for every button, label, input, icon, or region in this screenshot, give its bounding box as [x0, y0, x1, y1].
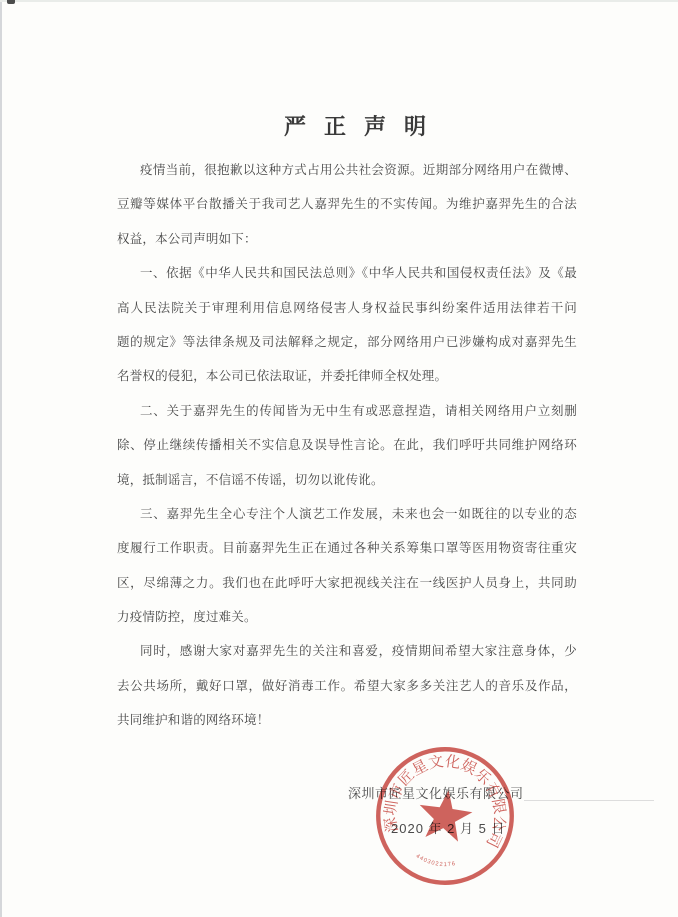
text-line: 题的规定》等法律条规及司法解释之规定，部分网络用户已涉嫌构成对嘉羿先生	[117, 325, 577, 359]
document-title: 严正声明	[125, 110, 585, 141]
document-body: 疫情当前，很抱歉以这种方式占用公共社会资源。近期部分网络用户在微博、 豆瓣等媒体…	[117, 153, 577, 738]
seal-serial-number: 4403022176	[414, 853, 458, 870]
text-line: 力疫情防控，度过难关。	[117, 600, 577, 634]
seal-star-icon	[415, 786, 475, 843]
company-seal: 深圳市匠星文化娱乐有限公司 4403022176	[363, 734, 528, 899]
paragraph: 同时，感谢大家对嘉羿先生的关注和喜爱，疫情期间希望大家注意身体，少 去公共场所，…	[117, 634, 577, 737]
text-line: 去公共场所，戴好口罩，做好消毒工作。希望大家多多关注艺人的音乐及作品，	[117, 669, 577, 703]
text-line: 二、关于嘉羿先生的传闻皆为无中生有或恶意捏造，请相关网络用户立刻删	[117, 394, 577, 428]
text-line: 疫情当前，很抱歉以这种方式占用公共社会资源。近期部分网络用户在微博、	[117, 153, 577, 187]
text-line: 同时，感谢大家对嘉羿先生的关注和喜爱，疫情期间希望大家注意身体，少	[117, 634, 577, 668]
text-line: 共同维护和谐的网络环境！	[117, 703, 577, 737]
signature-baseline-artifact	[524, 800, 654, 801]
scan-edge-top	[0, 0, 678, 2]
paragraph: 二、关于嘉羿先生的传闻皆为无中生有或恶意捏造，请相关网络用户立刻删 除、停止继续…	[117, 394, 577, 497]
text-line: 名誉权的侵犯，本公司已依法取证，并委托律师全权处理。	[117, 359, 577, 393]
text-line: 度履行工作职责。目前嘉羿先生正在通过各种关系筹集口罩等医用物资寄往重灾	[117, 531, 577, 565]
scan-edge-left	[0, 0, 2, 917]
paragraph: 一、依据《中华人民共和国民法总则》《中华人民共和国侵权责任法》及《最 高人民法院…	[117, 256, 577, 394]
text-line: 除、停止继续传播相关不实信息及误导性言论。在此，我们呼吁共同维护网络环	[117, 428, 577, 462]
paragraph: 疫情当前，很抱歉以这种方式占用公共社会资源。近期部分网络用户在微博、 豆瓣等媒体…	[117, 153, 577, 256]
text-line: 区，尽绵薄之力。我们也在此呼吁大家把视线关注在一线医护人员身上，共同助	[117, 566, 577, 600]
scan-artifact-speck	[7, 0, 15, 4]
text-line: 高人民法院关于审理利用信息网络侵害人身权益民事纠纷案件适用法律若干问	[117, 291, 577, 325]
paragraph: 三、嘉羿先生全心专注个人演艺工作发展，未来也会一如既往的以专业的态 度履行工作职…	[117, 497, 577, 635]
text-line: 豆瓣等媒体平台散播关于我司艺人嘉羿先生的不实传闻。为维护嘉羿先生的合法	[117, 187, 577, 221]
scanned-statement-page: 严正声明 疫情当前，很抱歉以这种方式占用公共社会资源。近期部分网络用户在微博、 …	[0, 0, 678, 917]
text-line: 一、依据《中华人民共和国民法总则》《中华人民共和国侵权责任法》及《最	[117, 256, 577, 290]
text-line: 权益，本公司声明如下：	[117, 222, 577, 256]
text-line: 境，抵制谣言，不信谣不传谣，切勿以讹传讹。	[117, 463, 577, 497]
text-line: 三、嘉羿先生全心专注个人演艺工作发展，未来也会一如既往的以专业的态	[117, 497, 577, 531]
